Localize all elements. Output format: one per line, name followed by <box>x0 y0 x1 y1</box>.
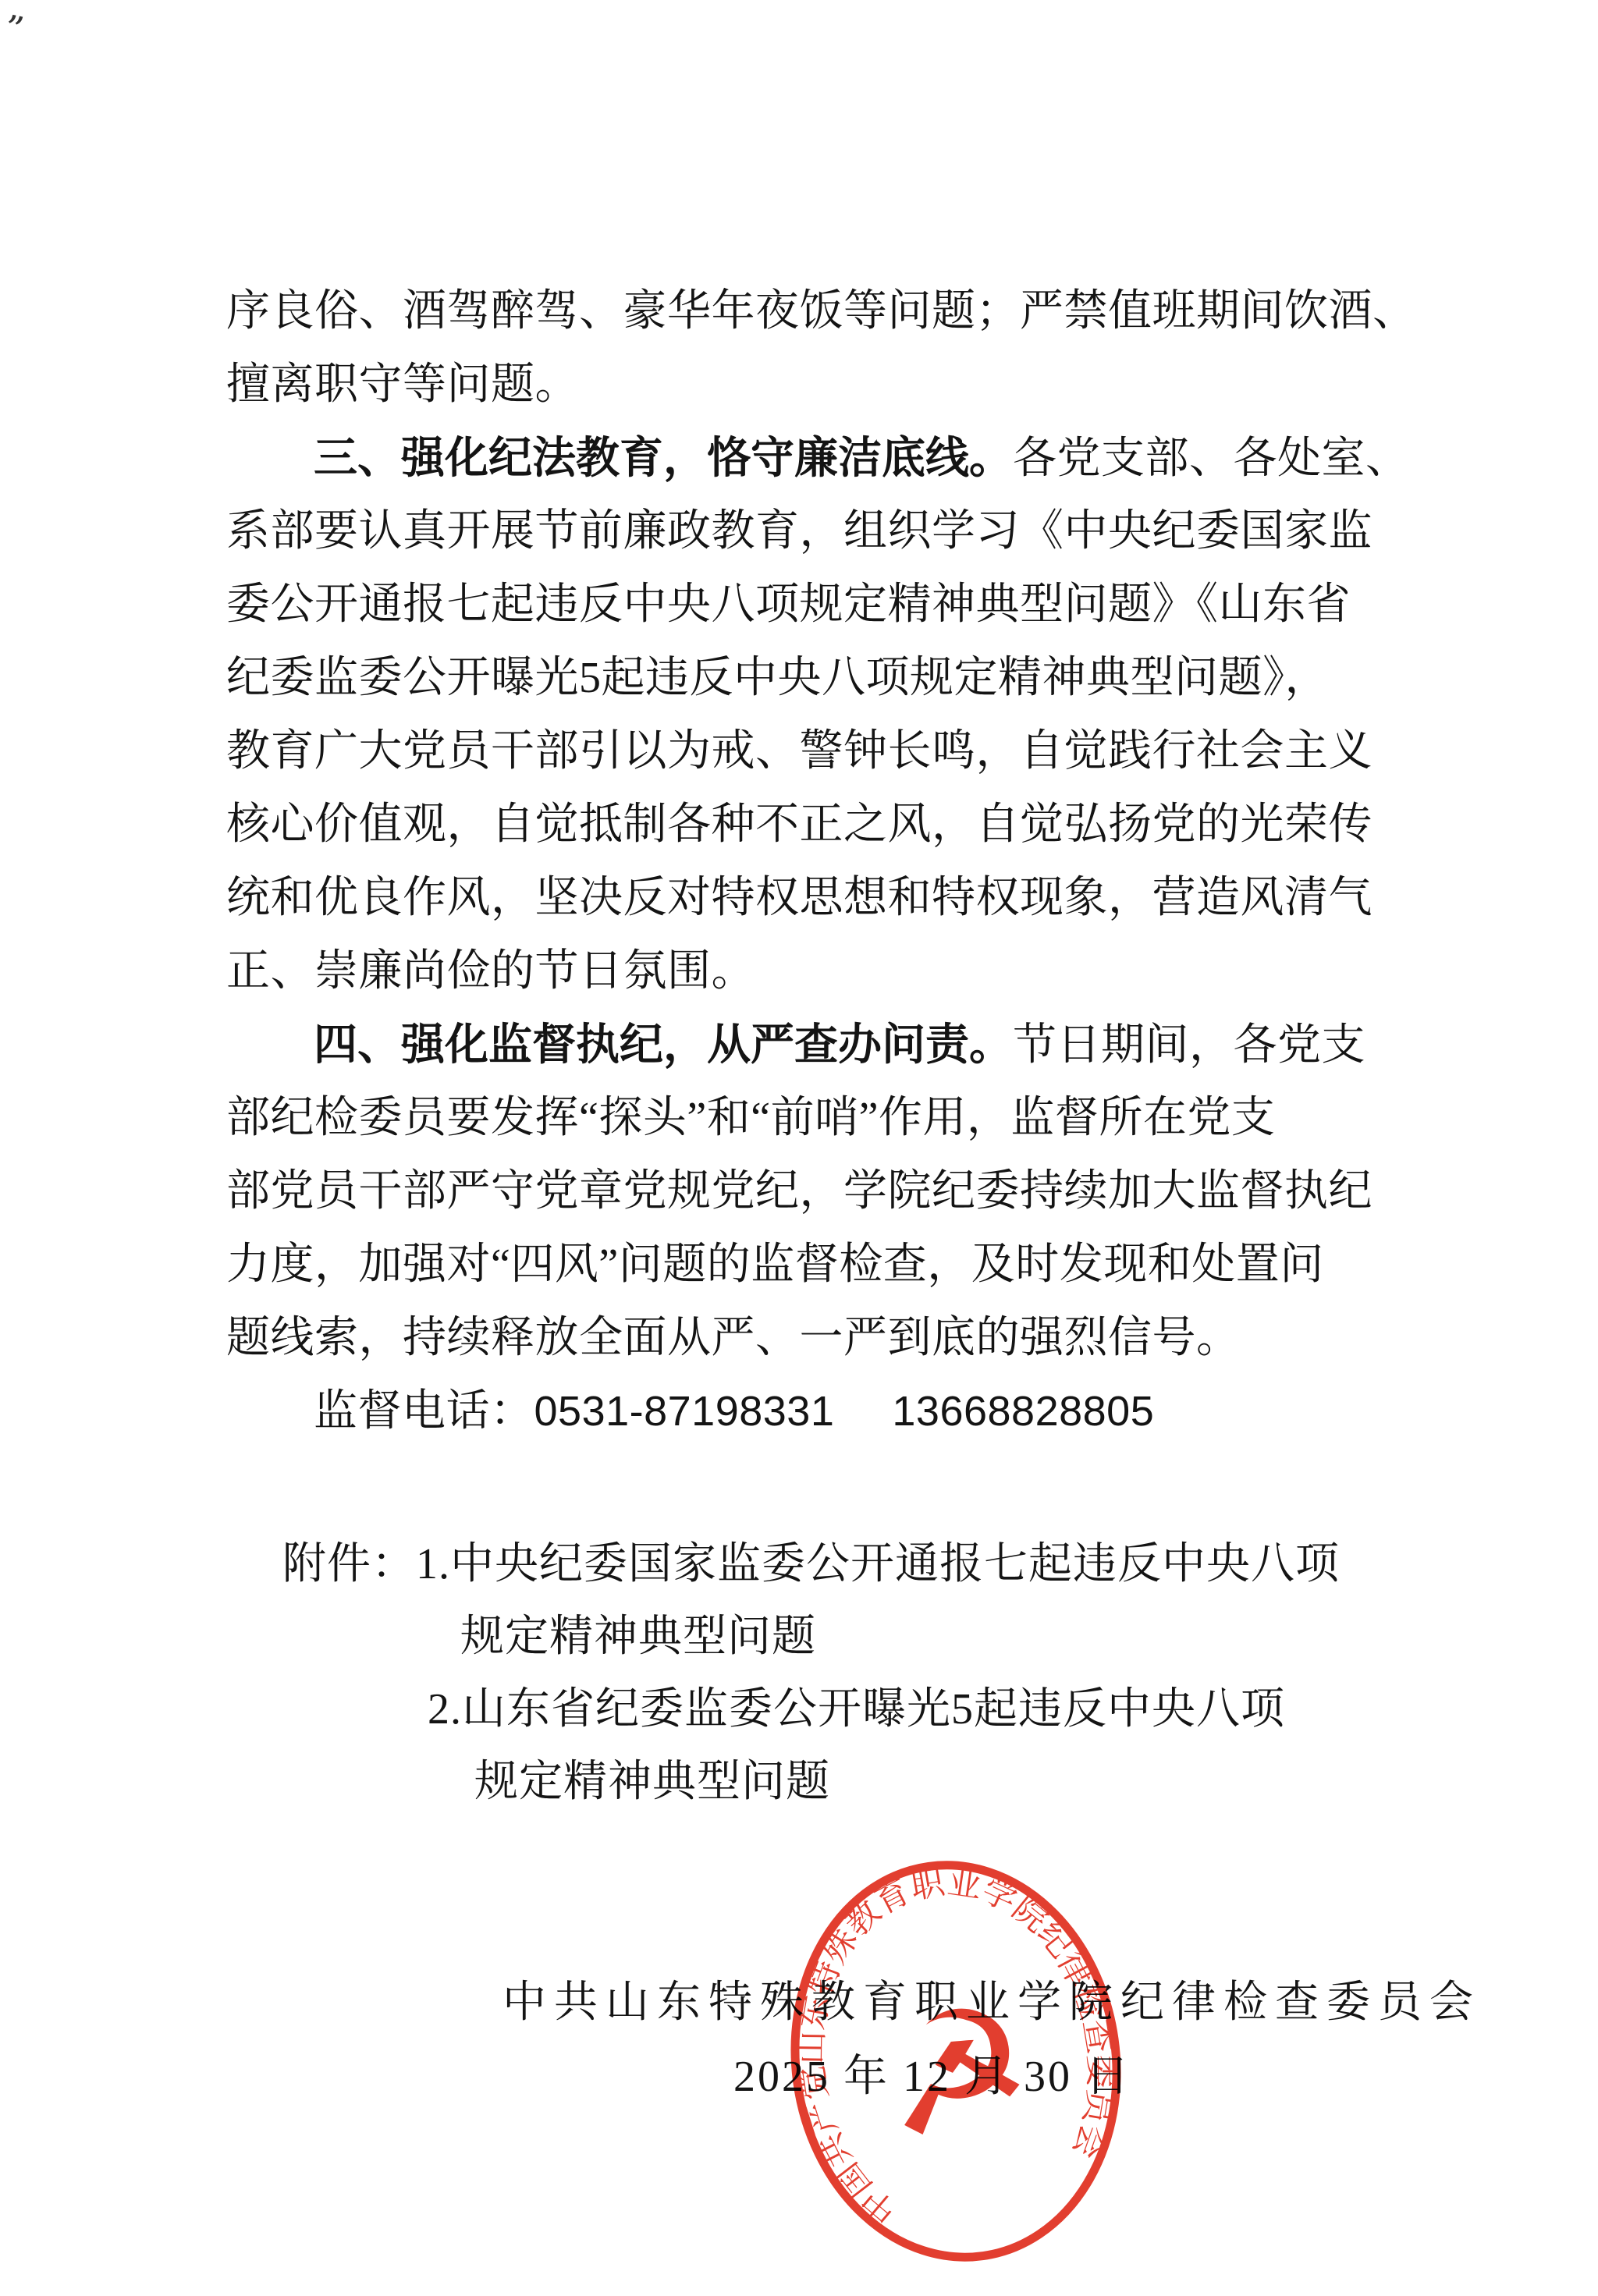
paragraph-line: 三、强化纪法教育，恪守廉洁底线。各党支部、各处室、 <box>226 421 1444 495</box>
attachment-line: 规定精神典型问题 <box>460 1600 816 1673</box>
attachment-line: 附件：1.中央纪委国家监委公开通报七起违反中央八项 <box>282 1528 1340 1601</box>
paragraph-line: 正、崇廉尚俭的节日氛围。 <box>226 935 1444 1008</box>
phone-number: 0531-87198331 <box>534 1388 835 1435</box>
attachment-item-2: 2.山东省纪委监委公开曝光5起违反中央八项 <box>428 1673 1285 1746</box>
paragraph-line: 力度，加强对“四风”问题的监督检查，及时发现和处置问 <box>226 1228 1444 1301</box>
paragraph-line: 部党员干部严守党章党规党纪，学院纪委持续加大监督执纪 <box>226 1155 1444 1228</box>
phone-number: 13668828805 <box>892 1388 1154 1435</box>
scan-artifact: ” <box>1 6 27 51</box>
attachment-label: 附件： <box>282 1540 416 1588</box>
date-line: 2025 年 12 月 30 日 <box>733 2040 1131 2113</box>
section-3-heading: 三、强化纪法教育，恪守廉洁底线。 <box>314 433 1013 482</box>
paragraph-line: 核心价值观，自觉抵制各种不正之风，自觉弘扬党的光荣传 <box>226 788 1444 861</box>
paragraph-line: 统和优良作风，坚决反对特权思想和特权现象，营造风清气 <box>226 861 1444 935</box>
paragraph-line: 部纪检委员要发挥“探头”和“前哨”作用，监督所在党支 <box>226 1081 1444 1155</box>
paragraph-line: 四、强化监督执纪，从严查办问责。节日期间，各党支 <box>226 1008 1444 1081</box>
attachment-item-1: 1.中央纪委国家监委公开通报七起违反中央八项 <box>416 1540 1340 1588</box>
document-body: 序良俗、酒驾醉驾、豪华年夜饭等问题；严禁值班期间饮酒、 擅离职守等问题。 三、强… <box>226 275 1444 1448</box>
paragraph-text: 各党支部、各处室、 <box>1013 435 1410 483</box>
paragraph-line: 委公开通报七起违反中央八项规定精神典型问题》《山东省 <box>226 568 1444 641</box>
paragraph-line: 序良俗、酒驾醉驾、豪华年夜饭等问题；严禁值班期间饮酒、 <box>226 275 1444 348</box>
signature-line: 中共山东特殊教育职业学院纪律检查委员会 <box>502 1966 1481 2039</box>
paragraph-line: 教育广大党员干部引以为戒、警钟长鸣，自觉践行社会主义 <box>226 715 1444 788</box>
paragraph-line: 擅离职守等问题。 <box>226 348 1444 421</box>
section-4-heading: 四、强化监督执纪，从严查办问责。 <box>314 1020 1013 1069</box>
phone-label: 监督电话： <box>314 1387 534 1435</box>
paragraph-line: 题线索，持续释放全面从严、一严到底的强烈信号。 <box>226 1301 1444 1375</box>
document-page: ” 序良俗、酒驾醉驾、豪华年夜饭等问题；严禁值班期间饮酒、 擅离职守等问题。 三… <box>0 0 1598 2296</box>
attachment-line: 规定精神典型问题 <box>474 1745 830 1819</box>
paragraph-line: 纪委监委公开曝光5起违反中央八项规定精神典型问题》， <box>226 641 1444 715</box>
phone-line: 监督电话：0531-8719833113668828805 <box>226 1375 1444 1448</box>
paragraph-line: 系部要认真开展节前廉政教育，组织学习《中央纪委国家监 <box>226 495 1444 568</box>
paragraph-text: 节日期间，各党支 <box>1013 1021 1365 1070</box>
